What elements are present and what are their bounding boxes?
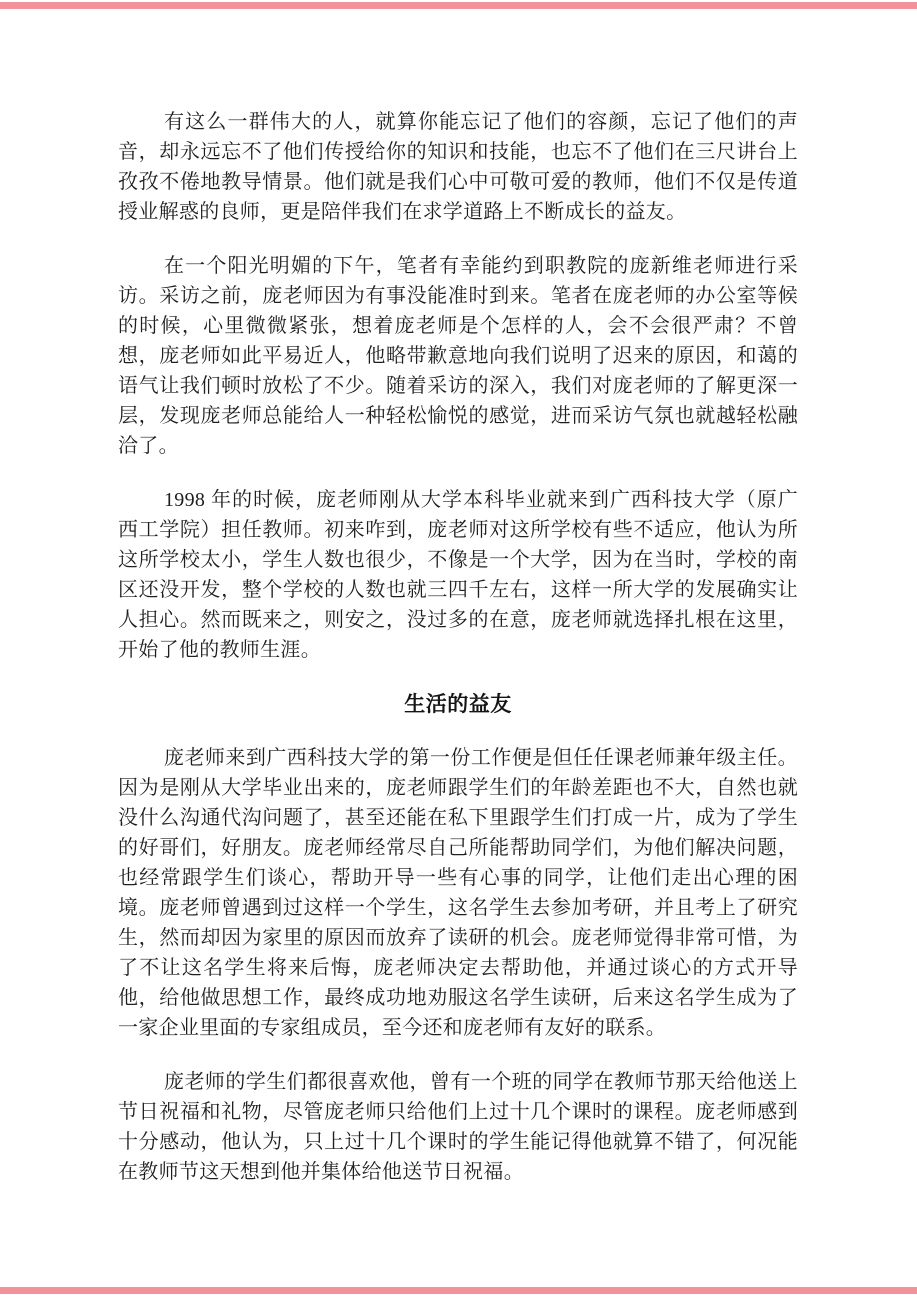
intro-paragraph-2: 在一个阳光明媚的下午，笔者有幸能约到职教院的庞新维老师进行采访。采访之前，庞老师…	[118, 251, 798, 461]
document-page: 有这么一群伟大的人，就算你能忘记了他们的容颜，忘记了他们的声音，却永远忘不了他们…	[0, 0, 917, 1296]
section-paragraph-2: 庞老师的学生们都很喜欢他，曾有一个班的同学在教师节那天给他送上节日祝福和礼物，尽…	[118, 1067, 798, 1187]
section-heading: 生活的益友	[118, 689, 798, 719]
article-body: 有这么一群伟大的人，就算你能忘记了他们的容颜，忘记了他们的声音，却永远忘不了他们…	[118, 0, 798, 1211]
bottom-accent-bar	[0, 1287, 917, 1294]
intro-paragraph-1: 有这么一群伟大的人，就算你能忘记了他们的容颜，忘记了他们的声音，却永远忘不了他们…	[118, 107, 798, 227]
section-paragraph-1: 庞老师来到广西科技大学的第一份工作便是但任任课老师兼年级主任。因为是刚从大学毕业…	[118, 743, 798, 1043]
intro-paragraph-3: 1998 年的时候，庞老师刚从大学本科毕业就来到广西科技大学（原广西工学院）担任…	[118, 485, 798, 665]
